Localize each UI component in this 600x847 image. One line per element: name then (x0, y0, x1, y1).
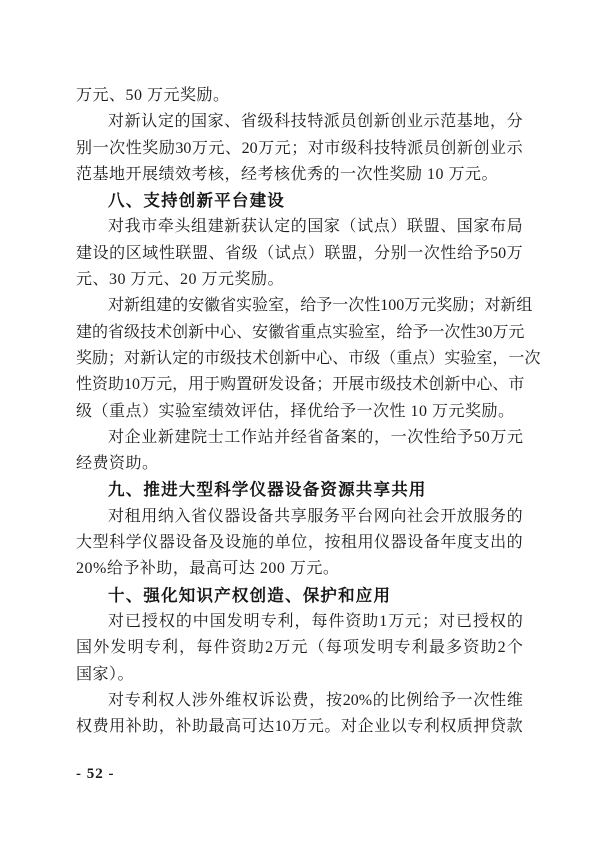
text-line: 对我市牵头组建新获认定的国家（试点）联盟、国家布局 (76, 214, 523, 240)
page-number: - 52 - (76, 766, 115, 783)
document-body: 万元、50 万元奖励。对新认定的国家、省级科技特派员创新创业示范基地，分别一次性… (76, 83, 523, 740)
text-line: 范基地开展绩效考核，经考核优秀的一次性奖励 10 万元。 (76, 162, 523, 188)
text-line: 奖励；对新认定的市级技术创新中心、市级（重点）实验室，一次 (76, 346, 523, 372)
section-heading: 九、推进大型科学仪器设备资源共享共用 (76, 477, 523, 503)
text-line: 万元、50 万元奖励。 (76, 83, 523, 109)
text-line: 元、30 万元、20 万元奖励。 (76, 267, 523, 293)
text-line: 国外发明专利，每件资助2万元（每项发明专利最多资助2个 (76, 635, 523, 661)
text-line: 级（重点）实验室绩效评估，择优给予一次性 10 万元奖励。 (76, 399, 523, 425)
text-line: 国家）。 (76, 662, 523, 688)
text-line: 对租用纳入省仪器设备共享服务平台网向社会开放服务的 (76, 504, 523, 530)
text-line: 建的省级技术创新中心、安徽省重点实验室，给予一次性30万元 (76, 320, 523, 346)
text-line: 权费用补助，补助最高可达10万元。对企业以专利权质押贷款 (76, 714, 523, 740)
text-line: 对专利权人涉外维权诉讼费，按20%的比例给予一次性维 (76, 688, 523, 714)
text-line: 对新组建的安徽省实验室，给予一次性100万元奖励；对新组 (76, 293, 523, 319)
section-heading: 八、支持创新平台建设 (76, 188, 523, 214)
text-line: 对企业新建院士工作站并经省备案的，一次性给予50万元 (76, 425, 523, 451)
text-line: 经费资助。 (76, 451, 523, 477)
text-line: 别一次性奖励30万元、20万元；对市级科技特派员创新创业示 (76, 136, 523, 162)
text-line: 对新认定的国家、省级科技特派员创新创业示范基地，分 (76, 109, 523, 135)
text-line: 性资助10万元，用于购置研发设备；开展市级技术创新中心、市 (76, 372, 523, 398)
text-line: 对已授权的中国发明专利，每件资助1万元；对已授权的 (76, 609, 523, 635)
text-line: 20%给予补助，最高可达 200 万元。 (76, 556, 523, 582)
document-page: 万元、50 万元奖励。对新认定的国家、省级科技特派员创新创业示范基地，分别一次性… (0, 0, 600, 847)
text-line: 大型科学仪器设备及设施的单位，按租用仪器设备年度支出的 (76, 530, 523, 556)
section-heading: 十、强化知识产权创造、保护和应用 (76, 583, 523, 609)
text-line: 建设的区域性联盟、省级（试点）联盟，分别一次性给予50万 (76, 241, 523, 267)
